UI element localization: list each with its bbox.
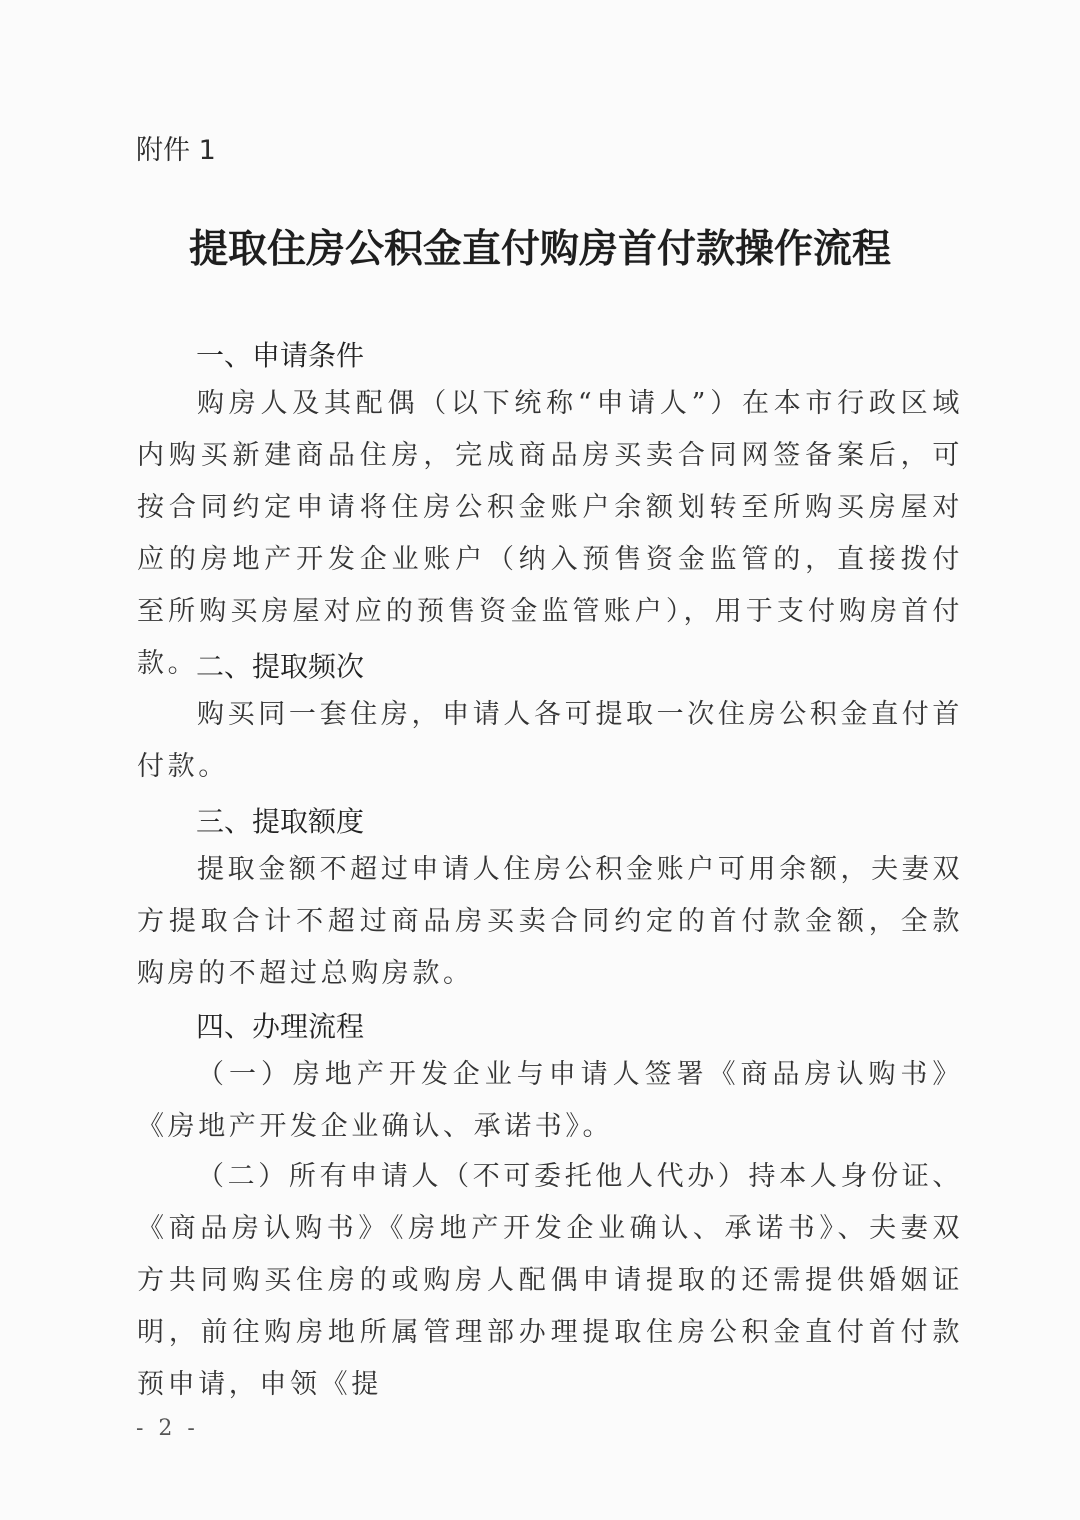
document-title: 提取住房公积金直付购房首付款操作流程 [0, 218, 1080, 274]
section-heading-frequency: 二、提取频次 [196, 645, 364, 685]
paragraph-frequency: 购买同一套住房，申请人各可提取一次住房公积金直付首付款。 [137, 689, 963, 793]
paragraph-amount: 提取金额不超过申请人住房公积金账户可用余额，夫妻双方提取合计不超过商品房买卖合同… [137, 844, 963, 1000]
paragraph-process-step-1: （一）房地产开发企业与申请人签署《商品房认购书》《房地产开发企业确认、承诺书》。 [137, 1049, 963, 1153]
page-number: - 2 - [136, 1416, 199, 1441]
attachment-label: 附件 1 [136, 128, 216, 167]
section-heading-conditions: 一、申请条件 [196, 334, 364, 374]
section-heading-process: 四、办理流程 [196, 1005, 364, 1045]
document-page: 附件 1 提取住房公积金直付购房首付款操作流程 一、申请条件 购房人及其配偶（以… [0, 0, 1080, 1520]
section-heading-amount: 三、提取额度 [196, 800, 364, 840]
paragraph-conditions: 购房人及其配偶（以下统称“申请人”）在本市行政区域内购买新建商品住房，完成商品房… [137, 378, 963, 690]
paragraph-process-step-2: （二）所有申请人（不可委托他人代办）持本人身份证、《商品房认购书》《房地产开发企… [137, 1151, 963, 1411]
